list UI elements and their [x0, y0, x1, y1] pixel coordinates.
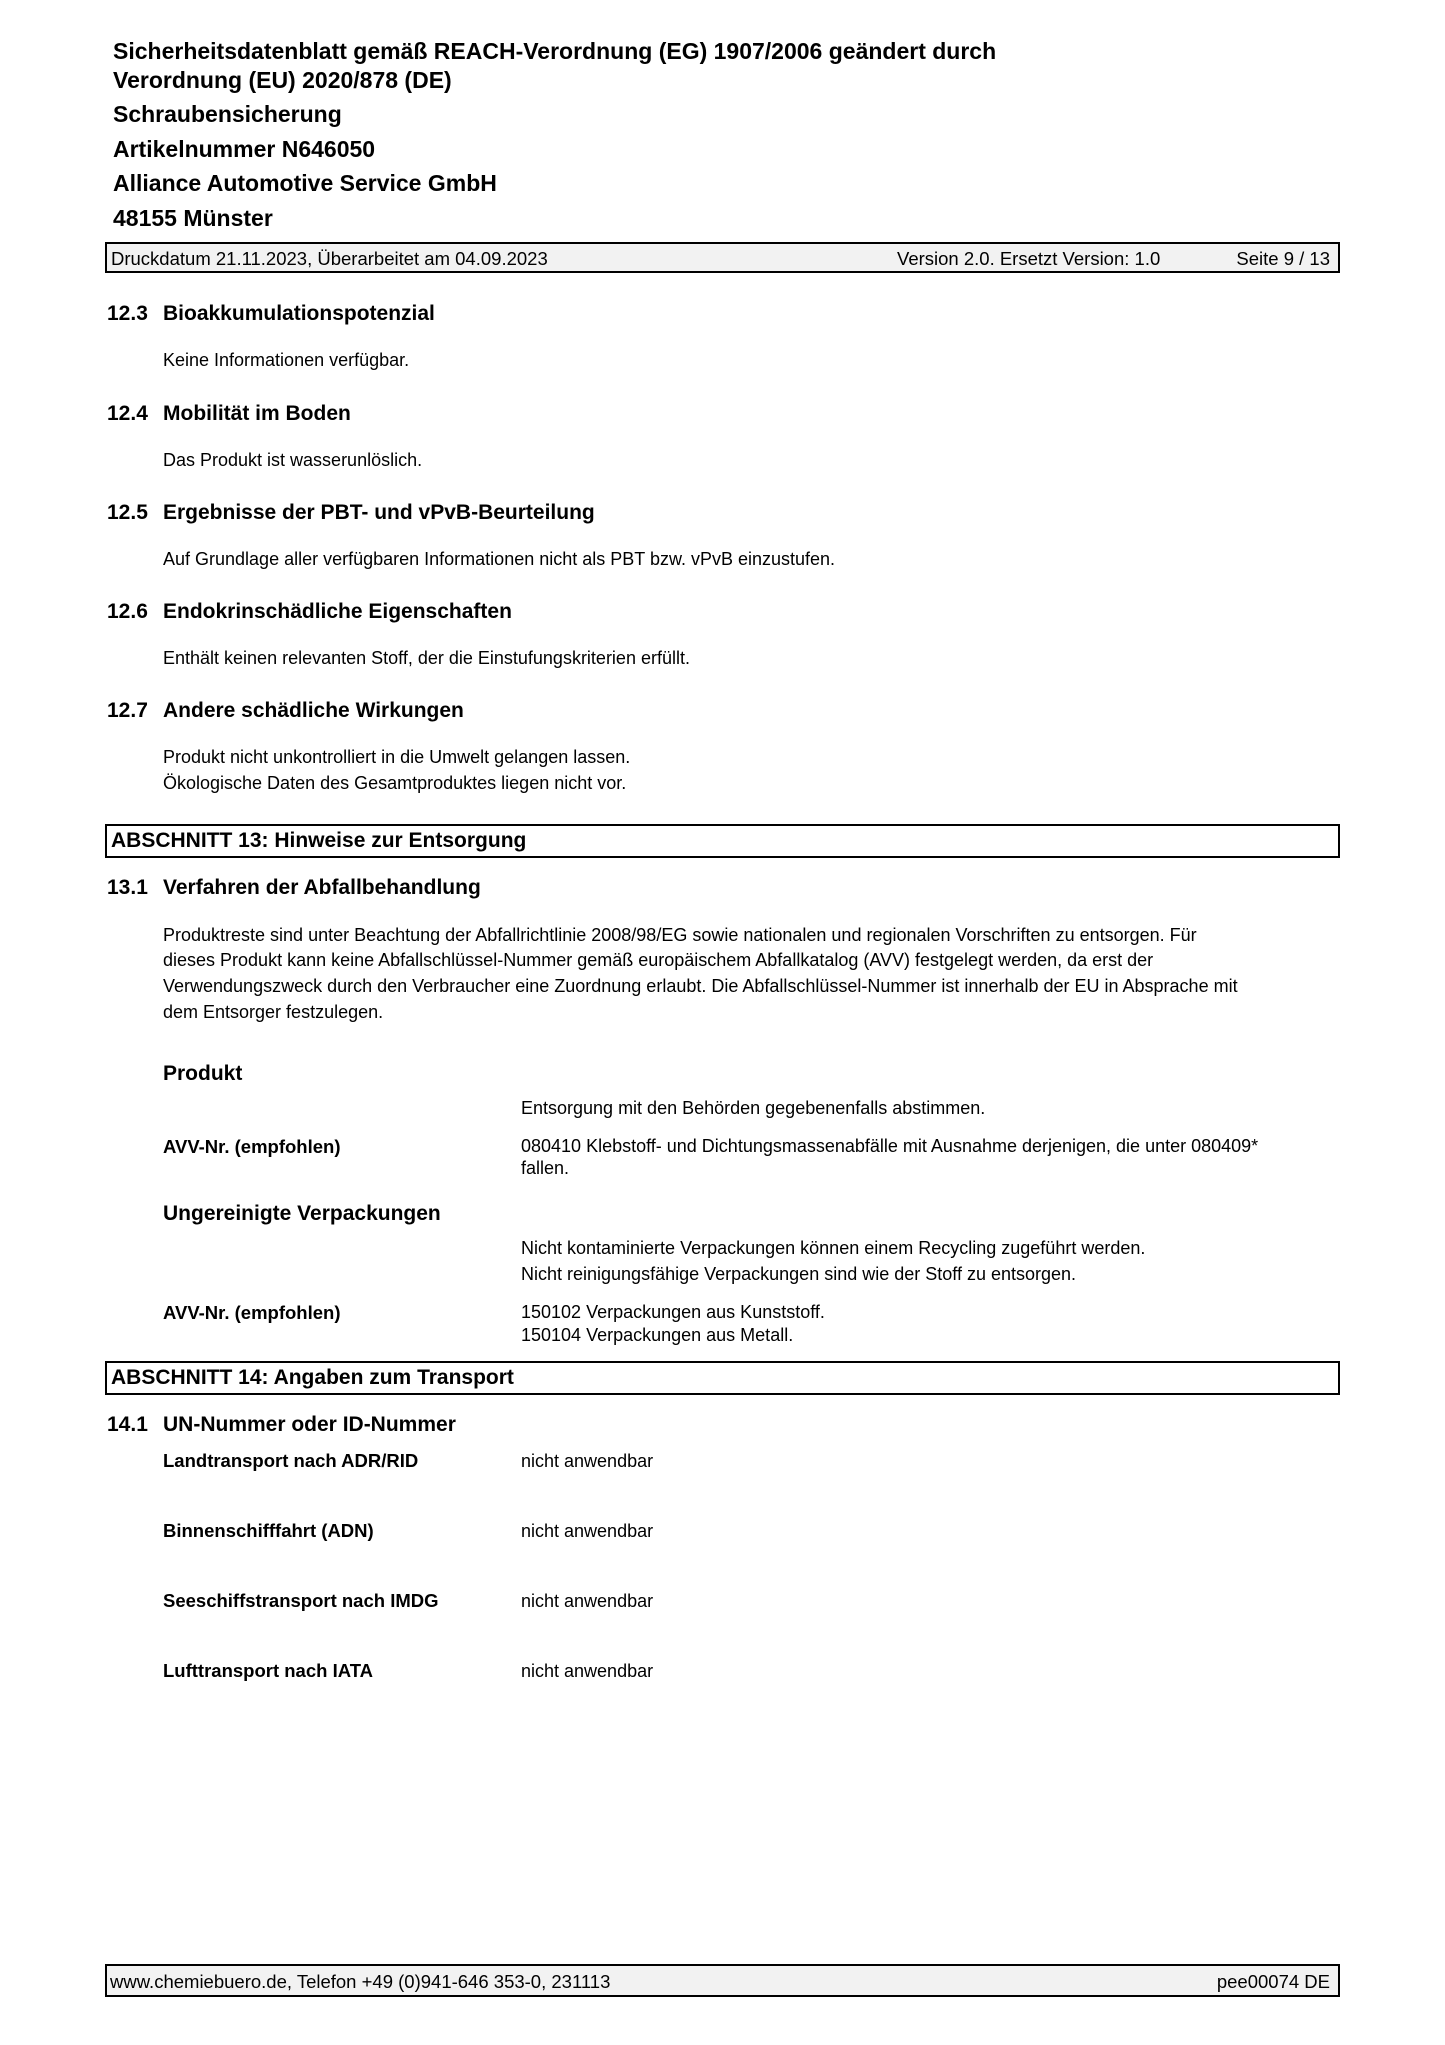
section-14-heading: ABSCHNITT 14: Angaben zum Transport — [105, 1361, 1340, 1395]
transport-label: Lufttransport nach IATA — [163, 1660, 373, 1682]
footer-doc-id: pee00074 DE — [1217, 1971, 1330, 1993]
subsection-title: Andere schädliche Wirkungen — [163, 699, 464, 723]
subsection-number: 12.3 — [107, 302, 148, 326]
avv-value: 150102 Verpackungen aus Kunststoff. — [521, 1302, 825, 1323]
subsection-number: 12.4 — [107, 402, 148, 426]
company-city: 48155 Münster — [113, 205, 273, 232]
paragraph-line: Produktreste sind unter Beachtung der Ab… — [163, 925, 1197, 946]
subsection-number: 12.6 — [107, 600, 148, 624]
produkt-heading: Produkt — [163, 1062, 242, 1086]
subsection-title: Ergebnisse der PBT- und vPvB-Beurteilung — [163, 501, 595, 525]
subsection-title: Mobilität im Boden — [163, 402, 351, 426]
avv-label: AVV-Nr. (empfohlen) — [163, 1302, 340, 1324]
packaging-heading: Ungereinigte Verpackungen — [163, 1202, 441, 1226]
footer-contact: www.chemiebuero.de, Telefon +49 (0)941-6… — [110, 1971, 610, 1993]
page-number: Seite 9 / 13 — [1236, 248, 1330, 270]
subsection-text: Enthält keinen relevanten Stoff, der die… — [163, 648, 690, 669]
subsection-title: UN-Nummer oder ID-Nummer — [163, 1413, 456, 1437]
product-name: Schraubensicherung — [113, 101, 342, 128]
document-title-line1: Sicherheitsdatenblatt gemäß REACH-Verord… — [113, 38, 996, 65]
subsection-number: 13.1 — [107, 876, 148, 900]
paragraph-line: dieses Produkt kann keine Abfallschlüsse… — [163, 950, 1153, 971]
article-number: Artikelnummer N646050 — [113, 136, 375, 163]
packaging-note: Nicht kontaminierte Verpackungen können … — [521, 1238, 1145, 1259]
subsection-text: Das Produkt ist wasserunlöslich. — [163, 450, 422, 471]
avv-value: fallen. — [521, 1158, 569, 1179]
subsection-number: 12.7 — [107, 699, 148, 723]
subsection-text: Keine Informationen verfügbar. — [163, 350, 409, 371]
avv-value: 150104 Verpackungen aus Metall. — [521, 1325, 793, 1346]
company-name: Alliance Automotive Service GmbH — [113, 170, 497, 197]
transport-label: Landtransport nach ADR/RID — [163, 1450, 418, 1472]
subsection-title: Bioakkumulationspotenzial — [163, 302, 435, 326]
produkt-note: Entsorgung mit den Behörden gegebenenfal… — [521, 1098, 985, 1119]
transport-value: nicht anwendbar — [521, 1661, 653, 1682]
version-info: Version 2.0. Ersetzt Version: 1.0 — [897, 248, 1160, 270]
subsection-text: Auf Grundlage aller verfügbaren Informat… — [163, 549, 835, 570]
section-13-heading: ABSCHNITT 13: Hinweise zur Entsorgung — [105, 824, 1340, 858]
document-title-line2: Verordnung (EU) 2020/878 (DE) — [113, 67, 452, 94]
avv-label: AVV-Nr. (empfohlen) — [163, 1136, 340, 1158]
packaging-note: Nicht reinigungsfähige Verpackungen sind… — [521, 1264, 1076, 1285]
subsection-title: Endokrinschädliche Eigenschaften — [163, 600, 512, 624]
avv-value: 080410 Klebstoff- und Dichtungsmassenabf… — [521, 1136, 1258, 1157]
transport-value: nicht anwendbar — [521, 1591, 653, 1612]
transport-label: Seeschiffstransport nach IMDG — [163, 1590, 439, 1612]
transport-value: nicht anwendbar — [521, 1521, 653, 1542]
transport-value: nicht anwendbar — [521, 1451, 653, 1472]
subsection-number: 12.5 — [107, 501, 148, 525]
print-date: Druckdatum 21.11.2023, Überarbeitet am 0… — [111, 248, 548, 270]
subsection-number: 14.1 — [107, 1413, 148, 1437]
transport-label: Binnenschifffahrt (ADN) — [163, 1520, 374, 1542]
paragraph-line: Verwendungszweck durch den Verbraucher e… — [163, 976, 1238, 997]
subsection-text: Produkt nicht unkontrolliert in die Umwe… — [163, 747, 630, 768]
header-info-bar: Druckdatum 21.11.2023, Überarbeitet am 0… — [105, 242, 1340, 273]
subsection-text: Ökologische Daten des Gesamtproduktes li… — [163, 773, 626, 794]
subsection-title: Verfahren der Abfallbehandlung — [163, 876, 481, 900]
footer-bar: www.chemiebuero.de, Telefon +49 (0)941-6… — [105, 1964, 1340, 1997]
paragraph-line: dem Entsorger festzulegen. — [163, 1002, 383, 1023]
